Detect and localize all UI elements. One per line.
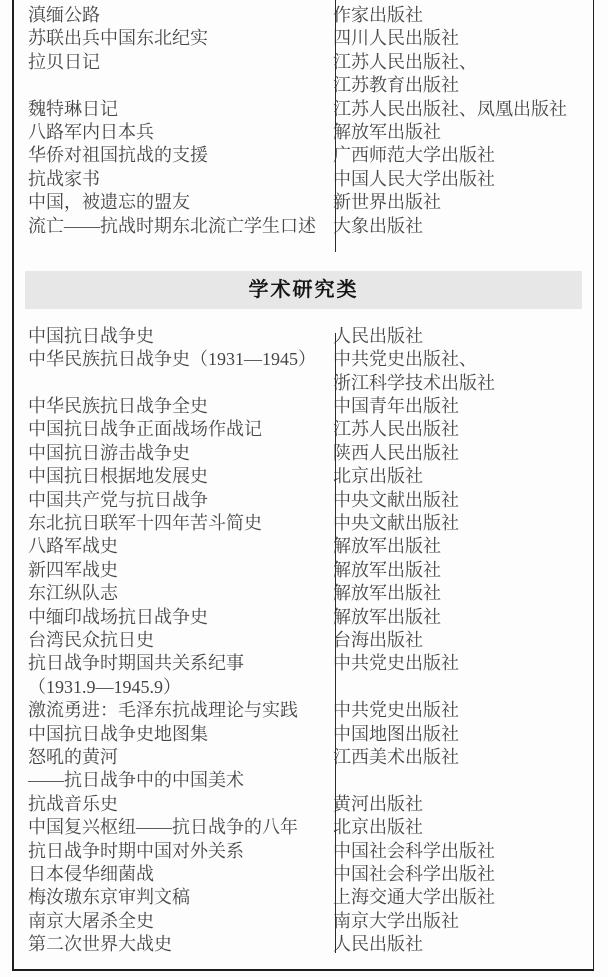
table-row: 东北抗日联军十四年苦斗简史 中央文献出版社 (14, 512, 593, 535)
book-title: 中国抗日战争正面战场作战记 (14, 418, 321, 441)
book-title: ——抗日战争中的中国美术 (14, 769, 321, 792)
publisher-name: 中国社会科学出版社 (321, 840, 593, 863)
table-row: 抗日战争时期国共关系纪事 中共党史出版社 (14, 652, 593, 675)
publisher-name: 广西师范大学出版社 (321, 144, 593, 167)
table-row: 中国抗日游击战争史 陕西人民出版社 (14, 442, 593, 465)
publisher-name: 江苏人民出版社 (321, 418, 593, 441)
table-row: 江苏教育出版社 (14, 74, 593, 97)
publisher-name: 中共党史出版社 (321, 652, 593, 675)
publisher-name: 中共党史出版社 (321, 699, 593, 722)
publisher-name: 大象出版社 (321, 215, 593, 238)
table-row: 浙江科学技术出版社 (14, 372, 593, 395)
publisher-name: 中国社会科学出版社 (321, 863, 593, 886)
book-title (14, 74, 321, 97)
table-row: 台湾民众抗日史 台海出版社 (14, 629, 593, 652)
book-title: 新四军战史 (14, 559, 321, 582)
table-row: 八路军战史 解放军出版社 (14, 535, 593, 558)
publisher-name: 中国人民大学出版社 (321, 168, 593, 191)
publisher-name: 人民出版社 (321, 933, 593, 956)
book-title: 八路军内日本兵 (14, 121, 321, 144)
book-title: 中华民族抗日战争史（1931—1945） (14, 348, 321, 371)
page-frame: 滇缅公路 作家出版社 苏联出兵中国东北纪实 四川人民出版社 拉贝日记 江苏人民出… (12, 0, 594, 971)
publisher-name: 江苏教育出版社 (321, 74, 593, 97)
table-row: 流亡——抗战时期东北流亡学生口述 大象出版社 (14, 215, 593, 238)
table-row: 激流勇进：毛泽东抗战理论与实践 中共党史出版社 (14, 699, 593, 722)
section-header-title: 学术研究类 (249, 279, 359, 301)
book-title: 苏联出兵中国东北纪实 (14, 27, 321, 50)
table-row: 中国复兴枢纽——抗日战争的八年 北京出版社 (14, 816, 593, 839)
column-divider (335, 0, 336, 252)
book-title: （1931.9—1945.9） (14, 676, 321, 699)
section-header-bar: 学术研究类 (25, 271, 582, 309)
book-title: 抗日战争时期国共关系纪事 (14, 652, 321, 675)
publisher-name: 北京出版社 (321, 816, 593, 839)
table-row: 华侨对祖国抗战的支援 广西师范大学出版社 (14, 144, 593, 167)
publisher-name: 中共党史出版社、 (321, 348, 593, 371)
book-title: 中国复兴枢纽——抗日战争的八年 (14, 816, 321, 839)
publisher-name: 上海交通大学出版社 (321, 886, 593, 909)
book-title: 中国共产党与抗日战争 (14, 489, 321, 512)
top-list-rows: 滇缅公路 作家出版社 苏联出兵中国东北纪实 四川人民出版社 拉贝日记 江苏人民出… (14, 4, 593, 238)
table-row: ——抗日战争中的中国美术 (14, 769, 593, 792)
book-title: 激流勇进：毛泽东抗战理论与实践 (14, 699, 321, 722)
book-title: 抗战音乐史 (14, 793, 321, 816)
table-row: 抗战家书 中国人民大学出版社 (14, 168, 593, 191)
publisher-name: 解放军出版社 (321, 606, 593, 629)
publisher-name: 解放军出版社 (321, 535, 593, 558)
book-title: 中国，被遗忘的盟友 (14, 191, 321, 214)
table-row: 抗日战争时期中国对外关系 中国社会科学出版社 (14, 840, 593, 863)
book-title: 抗日战争时期中国对外关系 (14, 840, 321, 863)
book-title (14, 372, 321, 395)
publisher-name: 浙江科学技术出版社 (321, 372, 593, 395)
book-title: 南京大屠杀全史 (14, 910, 321, 933)
section-academic-research: 中国抗日战争史 人民出版社 中华民族抗日战争史（1931—1945） 中共党史出… (14, 325, 593, 957)
publisher-name: 黄河出版社 (321, 793, 593, 816)
table-row: 魏特琳日记 江苏人民出版社、凤凰出版社 (14, 98, 593, 121)
table-row: 中国抗日战争史地图集 中国地图出版社 (14, 723, 593, 746)
book-title: 中缅印战场抗日战争史 (14, 606, 321, 629)
book-title: 流亡——抗战时期东北流亡学生口述 (14, 215, 321, 238)
book-title: 中国抗日战争史 (14, 325, 321, 348)
table-row: 中华民族抗日战争史（1931—1945） 中共党史出版社、 (14, 348, 593, 371)
publisher-name: 江苏人民出版社、凤凰出版社 (321, 98, 593, 121)
book-title: 东北抗日联军十四年苦斗简史 (14, 512, 321, 535)
publisher-name: 江苏人民出版社、 (321, 51, 593, 74)
table-row: 第二次世界大战史 人民出版社 (14, 933, 593, 956)
table-row: 滇缅公路 作家出版社 (14, 4, 593, 27)
book-title: 台湾民众抗日史 (14, 629, 321, 652)
table-row: 八路军内日本兵 解放军出版社 (14, 121, 593, 144)
table-row: 梅汝璈东京审判文稿 上海交通大学出版社 (14, 886, 593, 909)
book-title: 第二次世界大战史 (14, 933, 321, 956)
publisher-name: 江西美术出版社 (321, 746, 593, 769)
book-title: 八路军战史 (14, 535, 321, 558)
publisher-name (321, 769, 593, 792)
table-row: 中国共产党与抗日战争 中央文献出版社 (14, 489, 593, 512)
table-row: 中缅印战场抗日战争史 解放军出版社 (14, 606, 593, 629)
publisher-name (321, 676, 593, 699)
publisher-name: 解放军出版社 (321, 121, 593, 144)
table-row: 南京大屠杀全史 南京大学出版社 (14, 910, 593, 933)
book-title: 东江纵队志 (14, 582, 321, 605)
table-row: （1931.9—1945.9） (14, 676, 593, 699)
publisher-name: 中央文献出版社 (321, 512, 593, 535)
book-title: 中华民族抗日战争全史 (14, 395, 321, 418)
publisher-name: 解放军出版社 (321, 582, 593, 605)
publisher-name: 台海出版社 (321, 629, 593, 652)
table-row: 苏联出兵中国东北纪实 四川人民出版社 (14, 27, 593, 50)
table-row: 中国抗日战争史 人民出版社 (14, 325, 593, 348)
book-title: 拉贝日记 (14, 51, 321, 74)
publisher-name: 新世界出版社 (321, 191, 593, 214)
publisher-name: 四川人民出版社 (321, 27, 593, 50)
book-title: 滇缅公路 (14, 4, 321, 27)
publisher-name: 中央文献出版社 (321, 489, 593, 512)
publisher-name: 人民出版社 (321, 325, 593, 348)
publisher-name: 陕西人民出版社 (321, 442, 593, 465)
table-row: 东江纵队志 解放军出版社 (14, 582, 593, 605)
book-title: 魏特琳日记 (14, 98, 321, 121)
table-row: 怒吼的黄河 江西美术出版社 (14, 746, 593, 769)
book-title: 中国抗日根据地发展史 (14, 465, 321, 488)
publisher-name: 解放军出版社 (321, 559, 593, 582)
book-title: 怒吼的黄河 (14, 746, 321, 769)
book-title: 抗战家书 (14, 168, 321, 191)
scanned-book-page: 滇缅公路 作家出版社 苏联出兵中国东北纪实 四川人民出版社 拉贝日记 江苏人民出… (0, 0, 608, 977)
publisher-name: 中国地图出版社 (321, 723, 593, 746)
book-title: 日本侵华细菌战 (14, 863, 321, 886)
table-row: 中国抗日根据地发展史 北京出版社 (14, 465, 593, 488)
publisher-name: 南京大学出版社 (321, 910, 593, 933)
publisher-name: 北京出版社 (321, 465, 593, 488)
table-row: 中华民族抗日战争全史 中国青年出版社 (14, 395, 593, 418)
publisher-name: 作家出版社 (321, 4, 593, 27)
publisher-name: 中国青年出版社 (321, 395, 593, 418)
column-divider (335, 333, 336, 953)
table-row: 拉贝日记 江苏人民出版社、 (14, 51, 593, 74)
table-row: 抗战音乐史 黄河出版社 (14, 793, 593, 816)
section-top-list: 滇缅公路 作家出版社 苏联出兵中国东北纪实 四川人民出版社 拉贝日记 江苏人民出… (14, 4, 593, 238)
table-row: 中国，被遗忘的盟友 新世界出版社 (14, 191, 593, 214)
table-row: 中国抗日战争正面战场作战记 江苏人民出版社 (14, 418, 593, 441)
book-title: 华侨对祖国抗战的支援 (14, 144, 321, 167)
table-row: 日本侵华细菌战 中国社会科学出版社 (14, 863, 593, 886)
book-title: 梅汝璈东京审判文稿 (14, 886, 321, 909)
book-title: 中国抗日游击战争史 (14, 442, 321, 465)
book-title: 中国抗日战争史地图集 (14, 723, 321, 746)
academic-research-rows: 中国抗日战争史 人民出版社 中华民族抗日战争史（1931—1945） 中共党史出… (14, 325, 593, 957)
table-row: 新四军战史 解放军出版社 (14, 559, 593, 582)
